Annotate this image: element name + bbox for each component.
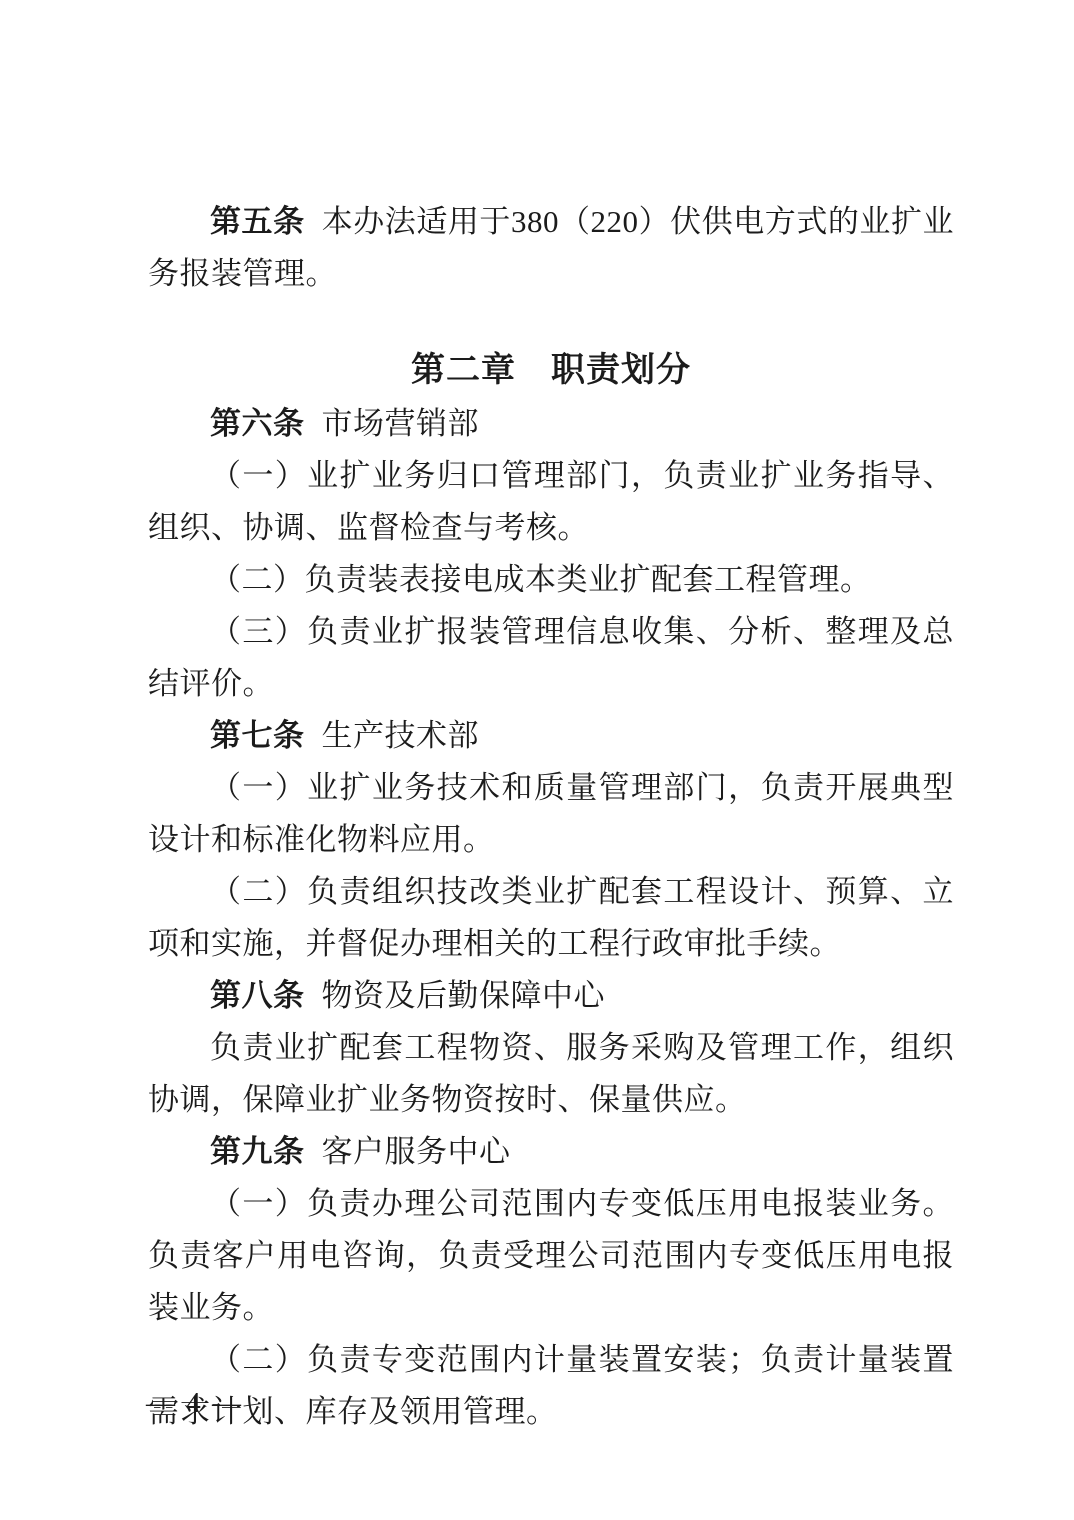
paragraph-text: （二）负责组织技改类业扩配套工程设计、预算、立项和实施，并督促办理相关的工程行政… [148, 874, 954, 961]
paragraph-text: （一）业扩业务归口管理部门，负责业扩业务指导、组织、协调、监督检查与考核。 [148, 458, 954, 545]
article-number: 第七条 [210, 718, 305, 753]
paragraph-text: （三）负责业扩报装管理信息收集、分析、整理及总结评价。 [148, 614, 954, 701]
paragraph-text: （一）负责办理公司范围内专变低压用电报装业务。负责客户用电咨询，负责受理公司范围… [148, 1186, 954, 1325]
document-page: 第五条本办法适用于380（220）伏供电方式的业扩业务报装管理。 第二章 职责划… [0, 0, 1074, 1520]
paragraph-text: （二）负责专变范围内计量装置安装；负责计量装置需求计划、库存及领用管理。 [148, 1342, 954, 1429]
paragraph-body: 负责业扩配套工程物资、服务采购及管理工作，组织协调，保障业扩业务物资按时、保量供… [148, 1022, 954, 1126]
article-number: 第五条 [210, 204, 305, 239]
paragraph-item-1: （一）负责办理公司范围内专变低压用电报装业务。负责客户用电咨询，负责受理公司范围… [148, 1178, 954, 1334]
paragraph-text: （一）业扩业务技术和质量管理部门，负责开展典型设计和标准化物料应用。 [148, 770, 954, 857]
paragraph-article-7: 第七条生产技术部 [148, 710, 954, 762]
article-number: 第九条 [210, 1134, 305, 1169]
paragraph-text: 客户服务中心 [322, 1134, 511, 1169]
paragraph-text: 负责业扩配套工程物资、服务采购及管理工作，组织协调，保障业扩业务物资按时、保量供… [148, 1030, 954, 1117]
paragraph-text: 生产技术部 [322, 718, 480, 753]
paragraph-article-8: 第八条物资及后勤保障中心 [148, 970, 954, 1022]
chapter-heading: 第二章 职责划分 [148, 346, 954, 394]
page-number: — 4 — [146, 1386, 243, 1420]
paragraph-item-1: （一）业扩业务归口管理部门，负责业扩业务指导、组织、协调、监督检查与考核。 [148, 450, 954, 554]
paragraph-item-2: （二）负责装表接电成本类业扩配套工程管理。 [148, 554, 954, 606]
paragraph-article-6: 第六条市场营销部 [148, 398, 954, 450]
paragraph-text: 物资及后勤保障中心 [322, 978, 606, 1013]
document-body: 第五条本办法适用于380（220）伏供电方式的业扩业务报装管理。 第二章 职责划… [148, 196, 954, 1438]
paragraph-article-5: 第五条本办法适用于380（220）伏供电方式的业扩业务报装管理。 [148, 196, 954, 300]
paragraph-item-3: （三）负责业扩报装管理信息收集、分析、整理及总结评价。 [148, 606, 954, 710]
paragraph-article-9: 第九条客户服务中心 [148, 1126, 954, 1178]
article-number: 第六条 [210, 406, 305, 441]
article-number: 第八条 [210, 978, 305, 1013]
paragraph-item-2: （二）负责组织技改类业扩配套工程设计、预算、立项和实施，并督促办理相关的工程行政… [148, 866, 954, 970]
paragraph-text: 市场营销部 [322, 406, 480, 441]
paragraph-item-1: （一）业扩业务技术和质量管理部门，负责开展典型设计和标准化物料应用。 [148, 762, 954, 866]
paragraph-item-2: （二）负责专变范围内计量装置安装；负责计量装置需求计划、库存及领用管理。 [148, 1334, 954, 1438]
paragraph-text: （二）负责装表接电成本类业扩配套工程管理。 [210, 562, 872, 597]
